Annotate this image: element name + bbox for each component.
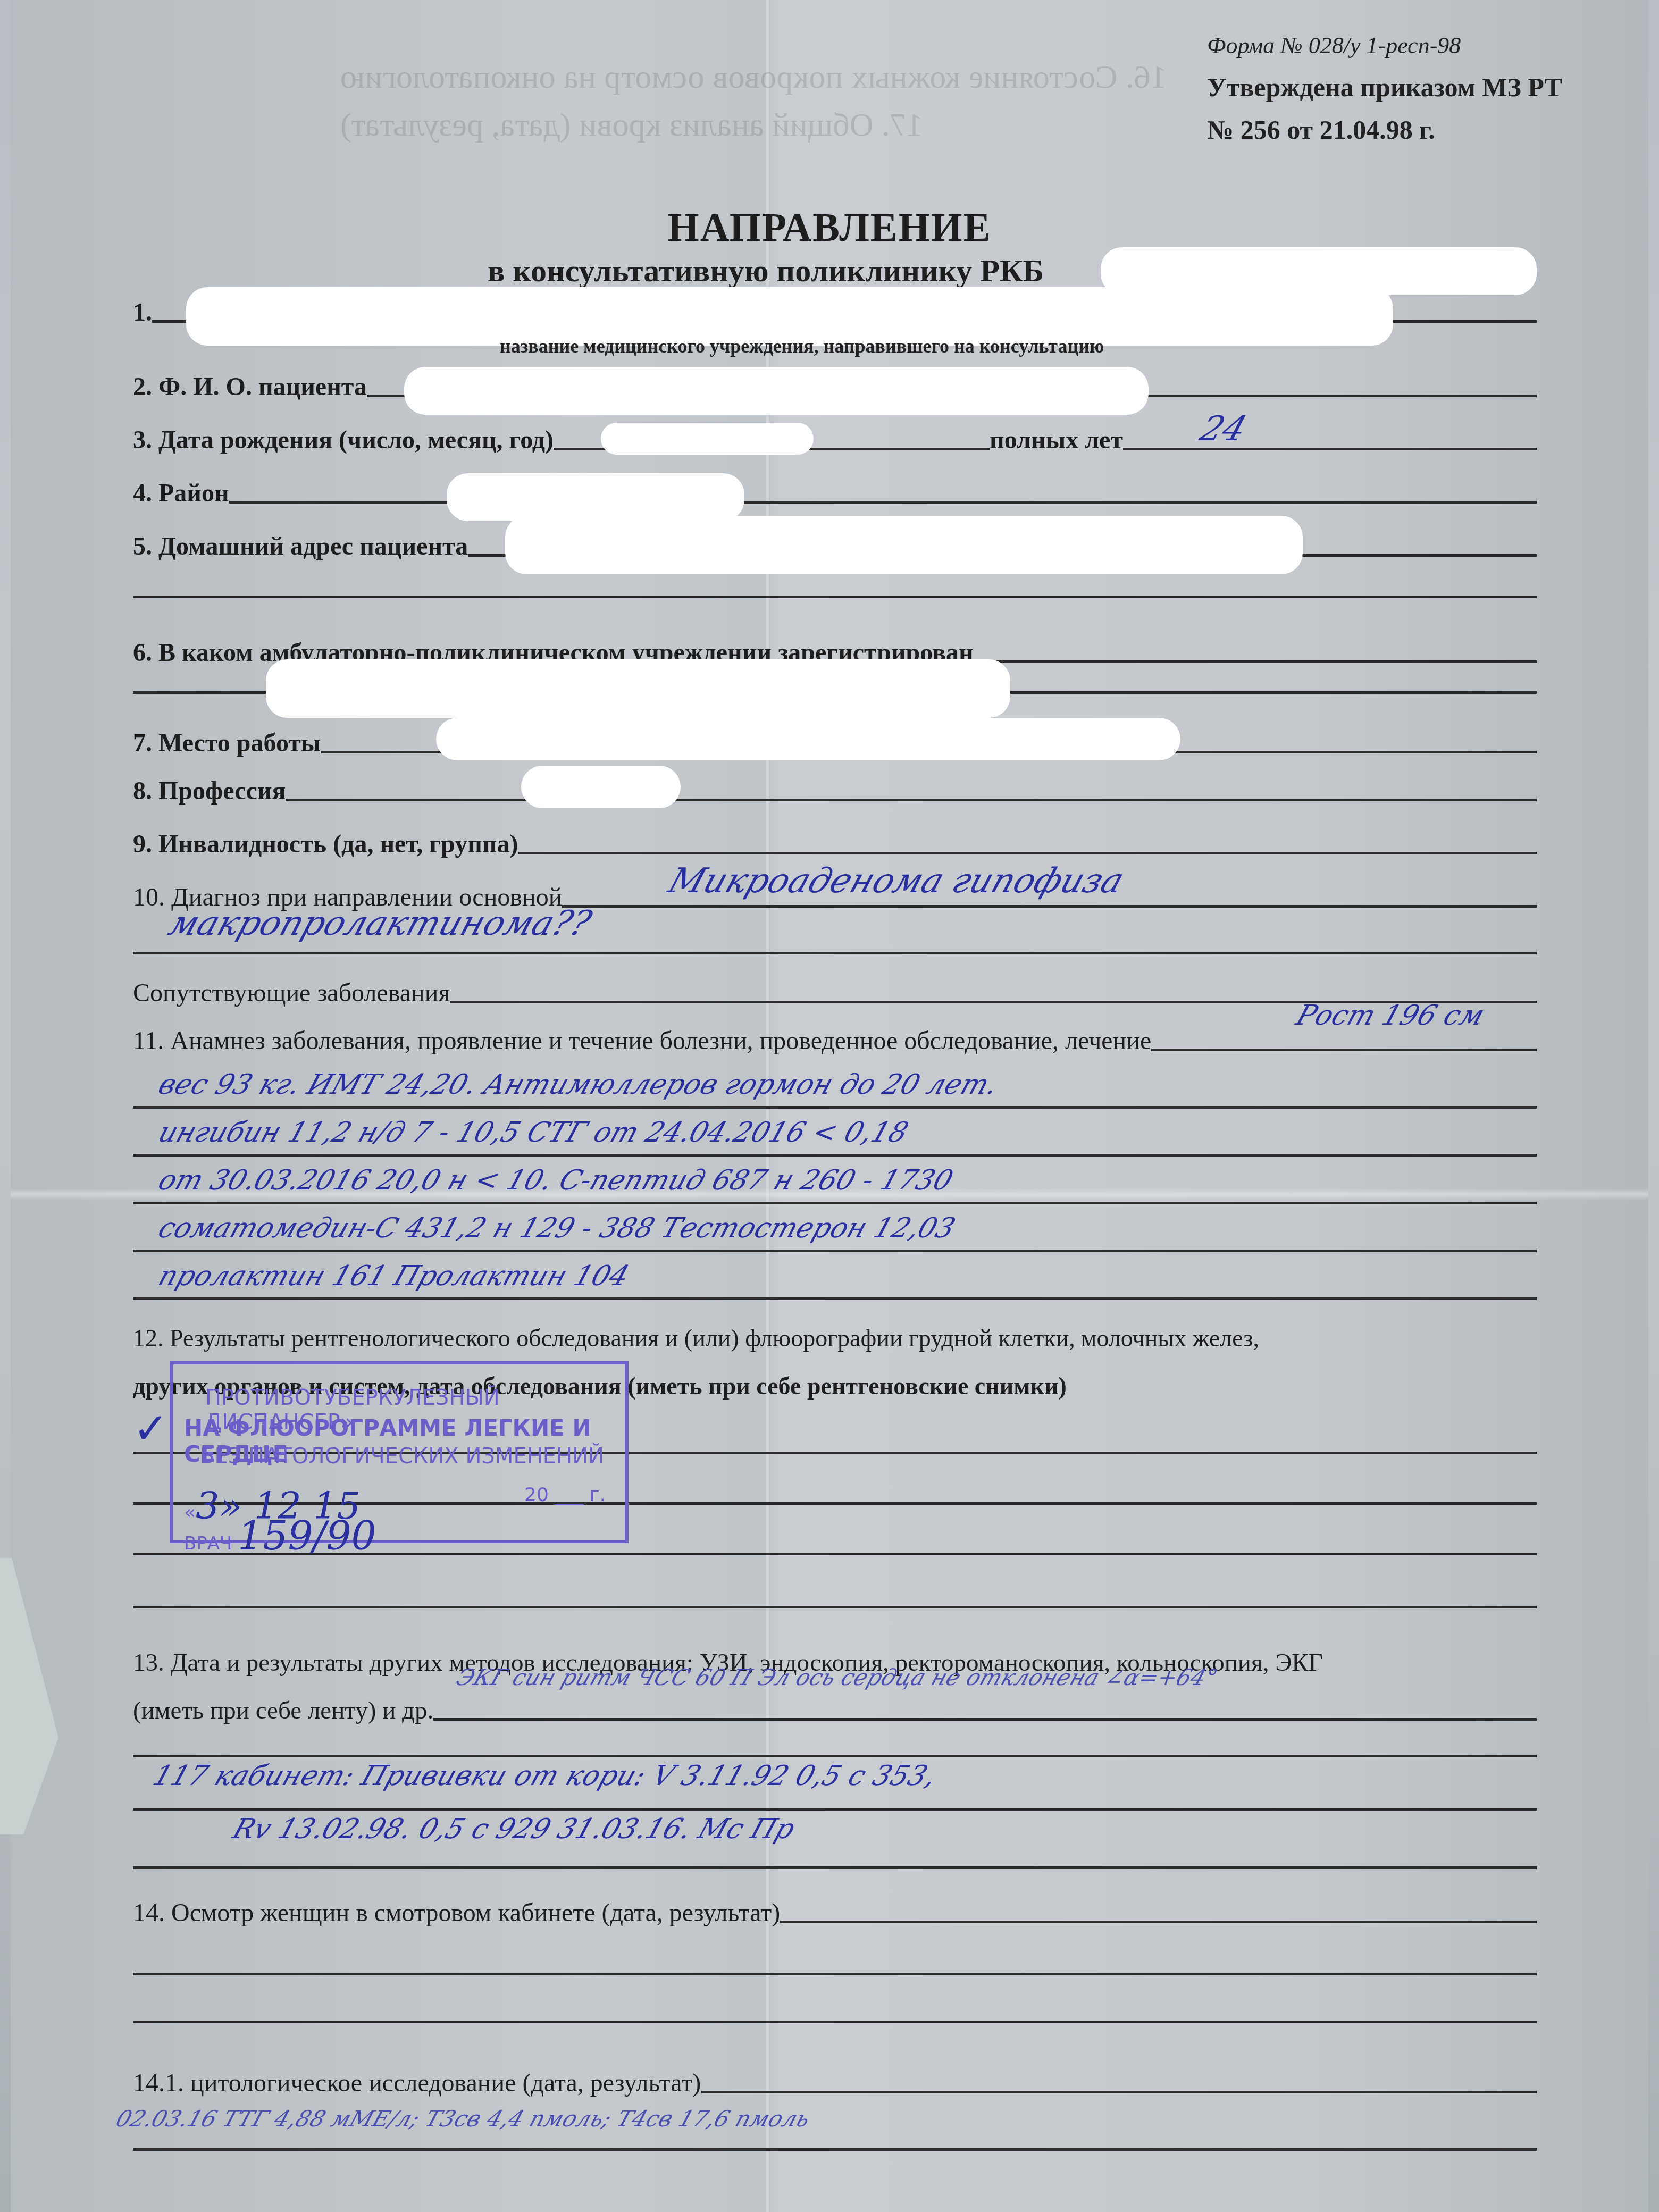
other-methods-value-2: 117 кабинет: Прививки от кори: V 3.11.92… bbox=[149, 1760, 940, 1792]
cytology-rule[interactable] bbox=[133, 2148, 1537, 2151]
approval-note: Утверждена приказом МЗ РТ bbox=[1207, 72, 1562, 103]
field-12-xray-line-1: 12. Результаты рентгенологического обсле… bbox=[133, 1324, 1537, 1352]
form-sheet: 16. Состояние кожных покровов осмотр на … bbox=[11, 0, 1648, 2212]
form-header: Форма № 028/у 1-респ-98 Утверждена прика… bbox=[1207, 32, 1562, 145]
diagnosis-input[interactable] bbox=[562, 905, 1537, 908]
redaction bbox=[601, 423, 814, 455]
field-14-1-cytology: 14.1. цитологическое исследование (дата,… bbox=[133, 2068, 1537, 2098]
field-8-profession: 8. Профессия bbox=[133, 776, 1537, 806]
anamnesis-line-3: ингибин 11,2 н/д 7 - 10,5 СТГ от 24.04.2… bbox=[154, 1117, 912, 1149]
anamnesis-line-1: Рост 196 см bbox=[1292, 1000, 1488, 1032]
redaction bbox=[266, 659, 1010, 718]
anamnesis-rule[interactable] bbox=[133, 1297, 1537, 1300]
other-methods-input[interactable] bbox=[433, 1718, 1537, 1721]
anamnesis-rule[interactable] bbox=[133, 1154, 1537, 1157]
field-4-district: 4. Район bbox=[133, 479, 1537, 508]
womens-exam-rule[interactable] bbox=[133, 2021, 1537, 2023]
anamnesis-line-2: вес 93 кг. ИМТ 24,20. Антимюллеров гормо… bbox=[154, 1069, 1002, 1101]
district-input[interactable] bbox=[229, 501, 1537, 504]
diagnosis-line-2[interactable] bbox=[133, 952, 1537, 954]
redaction bbox=[505, 516, 1303, 574]
field-13-line-2: (иметь при себе ленту) и др. bbox=[133, 1696, 1537, 1725]
other-methods-rule[interactable] bbox=[133, 1866, 1537, 1869]
redaction bbox=[521, 766, 681, 808]
other-methods-value-1: ЭКГ син ритм ЧСС 60 П Эл ось сердца не о… bbox=[453, 1664, 1221, 1690]
anamnesis-line-4: от 30.03.2016 20,0 н < 10. С-пептид 687 … bbox=[154, 1164, 957, 1196]
other-methods-rule[interactable] bbox=[133, 1755, 1537, 1757]
cytology-input[interactable] bbox=[701, 2091, 1537, 2093]
other-methods-value-3: Rv 13.02.98. 0,5 с 929 31.03.16. Мс Пр bbox=[229, 1813, 799, 1845]
diagnosis-value-1: Микроаденома гипофиза bbox=[664, 861, 1129, 901]
redaction bbox=[404, 367, 1149, 415]
redaction bbox=[447, 473, 744, 521]
anamnesis-line-5: соматомедин-С 431,2 н 129 - 388 Тестосте… bbox=[154, 1212, 959, 1244]
fluorography-stamp: ПРОТИВОТУБЕРКУЛЕЗНЫЙ ДИСПАНСЕР» НА ФЛЮОР… bbox=[170, 1361, 629, 1543]
redaction bbox=[436, 718, 1180, 760]
document-title: НАПРАВЛЕНИЕ bbox=[11, 205, 1648, 251]
order-number: № 256 от 21.04.98 г. bbox=[1207, 114, 1562, 145]
bleed-through-text: 16. Состояние кожных покровов осмотр на … bbox=[340, 58, 1167, 96]
clinic-input[interactable] bbox=[974, 660, 1537, 663]
disability-input[interactable] bbox=[518, 852, 1537, 854]
profession-input[interactable] bbox=[286, 799, 1537, 801]
bleed-through-text: 17. Общий анализ крови (дата, результат) bbox=[340, 106, 923, 144]
womens-exam-rule[interactable] bbox=[133, 1973, 1537, 1975]
anamnesis-rule[interactable] bbox=[133, 1202, 1537, 1204]
anamnesis-input[interactable] bbox=[1151, 1049, 1537, 1051]
field-3-birth-date: 3. Дата рождения (число, месяц, год) пол… bbox=[133, 425, 1537, 455]
address-line-2[interactable] bbox=[133, 596, 1537, 598]
field-1-caption: название медицинского учреждения, направ… bbox=[500, 335, 1104, 357]
anamnesis-line-6: пролактин 161 Пролактин 104 bbox=[154, 1260, 633, 1292]
stamp-doctor-value: 159/90 bbox=[238, 1513, 376, 1559]
age-input[interactable] bbox=[1123, 448, 1537, 450]
xray-rule[interactable] bbox=[133, 1606, 1537, 1608]
form-number: Форма № 028/у 1-респ-98 bbox=[1207, 32, 1562, 59]
other-methods-rule[interactable] bbox=[133, 1808, 1537, 1811]
checkmark-icon: ✓ bbox=[133, 1404, 169, 1453]
diagnosis-value-2: макропролактинома?? bbox=[164, 904, 596, 943]
field-9-disability: 9. Инвалидность (да, нет, группа) bbox=[133, 829, 1537, 859]
anamnesis-rule[interactable] bbox=[133, 1106, 1537, 1109]
anamnesis-rule[interactable] bbox=[133, 1250, 1537, 1252]
field-14-womens-exam: 14. Осмотр женщин в смотровом кабинете (… bbox=[133, 1898, 1537, 1928]
cytology-value: 02.03.16 ТТГ 4,88 мМЕ/л; Т3св 4,4 пмоль;… bbox=[113, 2106, 813, 2132]
womens-exam-input[interactable] bbox=[780, 1921, 1537, 1923]
